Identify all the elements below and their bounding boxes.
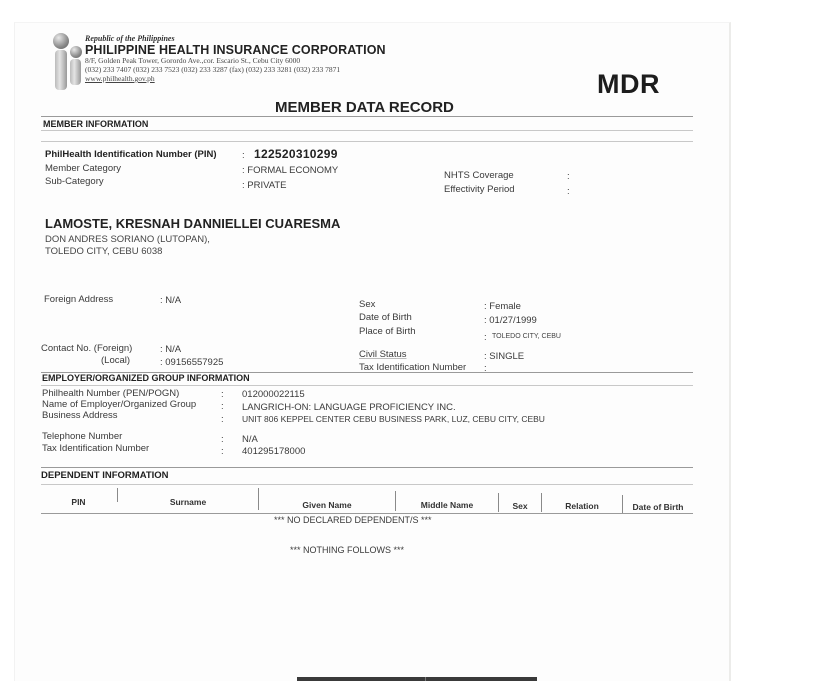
date-of-birth-value: : 01/27/1999 <box>484 315 537 326</box>
section-dependent-information: DEPENDENT INFORMATION <box>41 470 169 481</box>
employer-pen-value: 012000022115 <box>242 389 305 400</box>
telephone-value: N/A <box>242 434 258 445</box>
employer-name-value: LANGRICH-ON: LANGUAGE PROFICIENCY INC. <box>242 402 456 413</box>
foreign-address-value: : N/A <box>160 295 181 306</box>
member-category-value: : FORMAL ECONOMY <box>242 165 338 176</box>
employer-tin-value: 401295178000 <box>242 446 305 457</box>
corporation-name: PHILIPPINE HEALTH INSURANCE CORPORATION <box>85 43 386 57</box>
column-header-date-of-birth: Date of Birth <box>623 499 693 515</box>
divider <box>41 385 693 386</box>
civil-status-label: Civil Status <box>359 349 407 360</box>
contact-foreign-value: : N/A <box>160 344 181 355</box>
page-title: MEMBER DATA RECORD <box>275 99 454 116</box>
pin-colon: : <box>242 150 245 161</box>
pin-value: 122520310299 <box>254 147 338 161</box>
nhts-coverage-label: NHTS Coverage <box>444 170 514 181</box>
place-of-birth-colon: : <box>484 332 487 343</box>
viewer-toolbar[interactable] <box>297 677 537 681</box>
business-address-label: Business Address <box>42 410 118 421</box>
form-code: MDR <box>597 69 660 100</box>
civil-status-value: : SINGLE <box>484 351 524 362</box>
member-category-label: Member Category <box>45 163 121 174</box>
pin-label: PhilHealth Identification Number (PIN) <box>45 149 217 160</box>
effectivity-period-value: : <box>567 186 570 197</box>
colon: : <box>221 389 224 400</box>
telephone-label: Telephone Number <box>42 431 122 442</box>
toolbar-divider <box>425 677 426 681</box>
colon: : <box>221 434 224 445</box>
colon: : <box>221 446 224 457</box>
sex-value: : Female <box>484 301 521 312</box>
colon: : <box>221 401 224 412</box>
effectivity-period-label: Effectivity Period <box>444 184 515 195</box>
sub-category-label: Sub-Category <box>45 176 104 187</box>
employer-pen-label: Philhealth Number (PEN/POGN) <box>42 388 179 399</box>
colon: : <box>221 414 224 425</box>
column-header-given-name: Given Name <box>259 497 395 513</box>
nothing-follows-message: *** NOTHING FOLLOWS *** <box>290 545 404 555</box>
section-employer-information: EMPLOYER/ORGANIZED GROUP INFORMATION <box>42 373 250 383</box>
contact-local-value: : 09156557925 <box>160 357 223 368</box>
employer-tin-label: Tax Identification Number <box>42 443 149 454</box>
divider <box>41 141 693 142</box>
column-header-sex: Sex <box>499 498 541 514</box>
corporation-phones: (032) 233 7407 (032) 233 7523 (032) 233 … <box>85 65 340 74</box>
column-header-middle-name: Middle Name <box>396 497 498 513</box>
section-member-information: MEMBER INFORMATION <box>43 119 148 129</box>
divider <box>41 116 693 117</box>
column-header-pin: PIN <box>41 494 116 510</box>
website-link[interactable]: www.philhealth.gov.ph <box>85 74 155 83</box>
republic-label: Republic of the Philippines <box>85 34 175 43</box>
nhts-coverage-value: : <box>567 171 570 182</box>
place-of-birth-label: Place of Birth <box>359 326 416 337</box>
philhealth-logo-icon <box>53 33 89 89</box>
divider <box>41 467 693 468</box>
member-address-line2: TOLEDO CITY, CEBU 6038 <box>45 246 162 257</box>
column-header-relation: Relation <box>542 498 622 514</box>
contact-local-label: (Local) <box>101 355 130 366</box>
corporation-address: 8/F, Golden Peak Tower, Gorordo Ave.,cor… <box>85 56 300 65</box>
sub-category-value: : PRIVATE <box>242 180 287 191</box>
document-page: Republic of the Philippines PHILIPPINE H… <box>14 22 731 681</box>
divider <box>41 130 693 131</box>
member-name: LAMOSTE, KRESNAH DANNIELLEI CUARESMA <box>45 216 340 231</box>
column-header-surname: Surname <box>118 494 258 510</box>
business-address-value: UNIT 806 KEPPEL CENTER CEBU BUSINESS PAR… <box>242 414 545 424</box>
foreign-address-label: Foreign Address <box>44 294 113 305</box>
contact-foreign-label: Contact No. (Foreign) <box>41 343 132 354</box>
date-of-birth-label: Date of Birth <box>359 312 412 323</box>
place-of-birth-value: TOLEDO CITY, CEBU <box>492 333 561 340</box>
no-dependents-message: *** NO DECLARED DEPENDENT/S *** <box>274 515 432 525</box>
divider <box>41 484 693 485</box>
member-address-line1: DON ANDRES SORIANO (LUTOPAN), <box>45 234 210 245</box>
employer-name-label: Name of Employer/Organized Group <box>42 399 196 410</box>
sex-label: Sex <box>359 299 375 310</box>
